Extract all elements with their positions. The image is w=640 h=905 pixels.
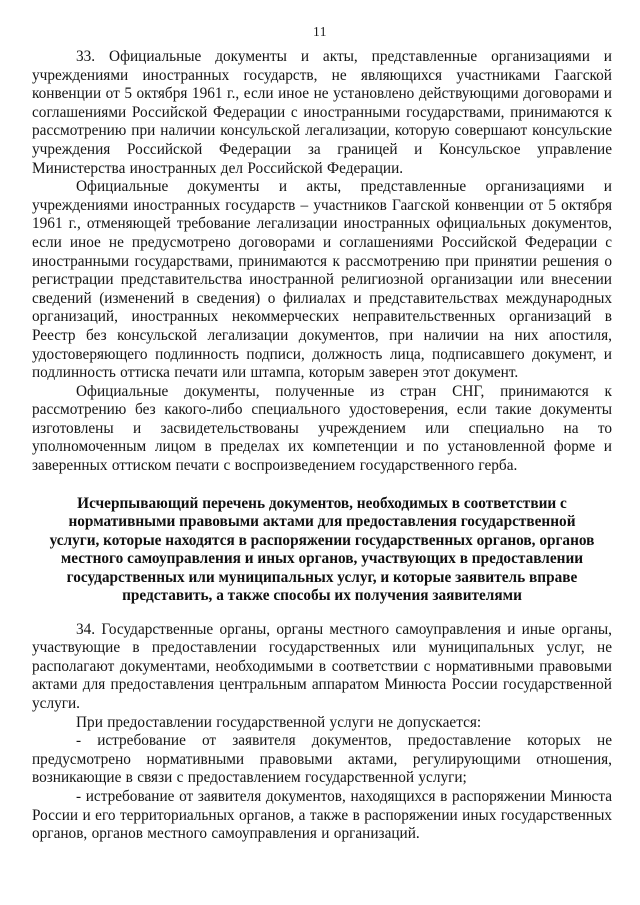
page-number: 11 (0, 0, 640, 39)
list-item-dash-2: - истребование от заявителя документов, … (32, 788, 612, 844)
document-page: 11 33. Официальные документы и акты, пре… (0, 0, 640, 905)
paragraph-33-foreign-documents: 33. Официальные документы и акты, предст… (32, 48, 612, 178)
paragraph-not-allowed-intro: При предоставлении государственной услуг… (32, 714, 612, 733)
document-body: 33. Официальные документы и акты, предст… (32, 48, 612, 844)
paragraph-34-state-bodies: 34. Государственные органы, органы местн… (32, 621, 612, 714)
section-heading-document-list: Исчерпывающий перечень документов, необх… (46, 495, 598, 606)
paragraph-cis-documents: Официальные документы, полученные из стр… (32, 383, 612, 476)
paragraph-hague-convention: Официальные документы и акты, представле… (32, 178, 612, 383)
list-item-dash-1: - истребование от заявителя документов, … (32, 732, 612, 788)
